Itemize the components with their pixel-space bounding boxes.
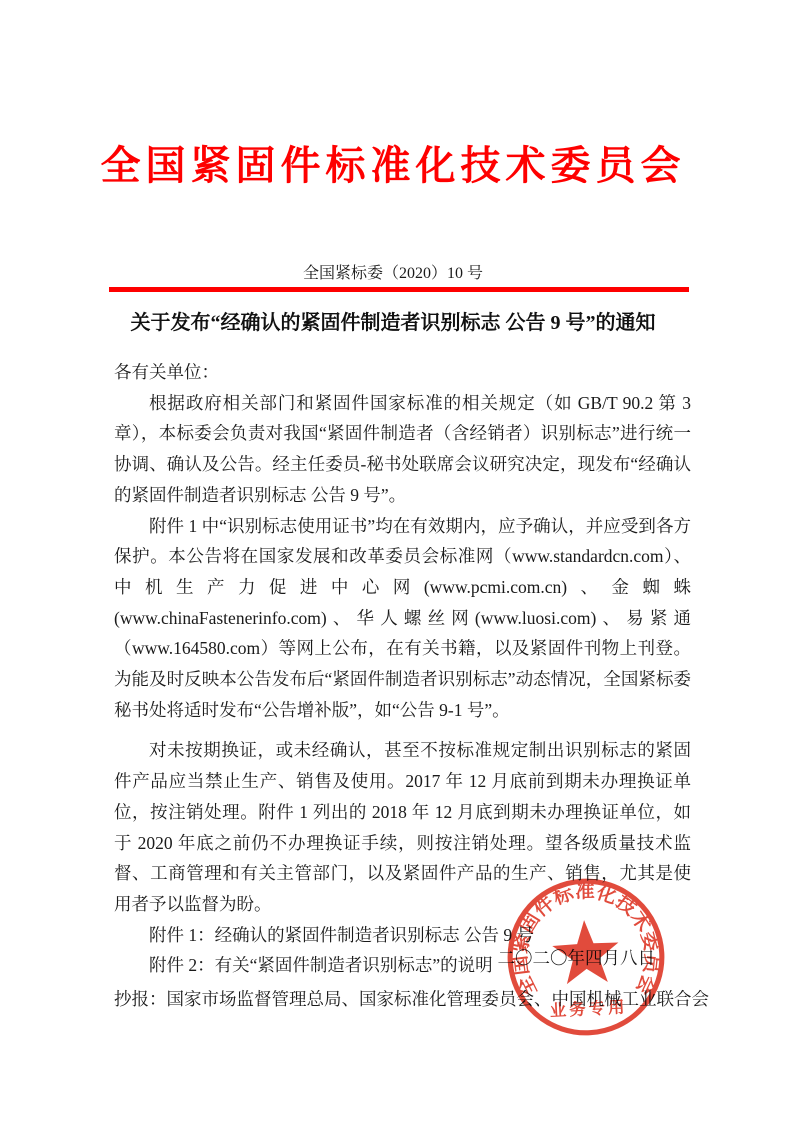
seal-bottom-text: 业务专用 <box>549 997 628 1020</box>
red-divider <box>109 287 689 292</box>
official-seal: 全国紧固件标准化技术委员会 业务专用 <box>500 871 672 1043</box>
paragraph-2: 附件 1 中“识别标志使用证书”均在有效期内，应予确认，并应受到各方保护。本公告… <box>114 511 691 726</box>
doc-number: 全国紧标委（2020）10 号 <box>0 260 786 283</box>
org-title: 全国紧固件标准化技术委员会 <box>0 134 786 191</box>
seal-star-icon <box>551 918 620 984</box>
notice-title: 关于发布“经确认的紧固件制造者识别标志 公告 9 号”的通知 <box>0 306 786 335</box>
salutation: 各有关单位： <box>114 357 691 388</box>
paragraph-1: 根据政府相关部门和紧固件国家标准的相关规定（如 GB/T 90.2 第 3 章）… <box>114 388 691 511</box>
document-page: 全国紧固件标准化技术委员会 全国紧标委（2020）10 号 关于发布“经确认的紧… <box>0 0 786 1123</box>
